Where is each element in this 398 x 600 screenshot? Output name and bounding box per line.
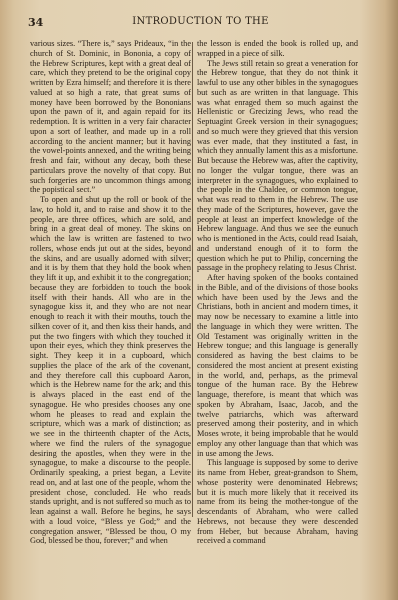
- right-column: the lesson is ended the book is rolled u…: [197, 39, 358, 546]
- paragraph: the lesson is ended the book is rolled u…: [197, 39, 358, 59]
- paragraph: After having spoken of the books contain…: [197, 273, 358, 458]
- paragraph: various sizes. “There is,” says Prideaux…: [30, 39, 191, 195]
- column-divider: [192, 42, 193, 517]
- paragraph: The Jews still retain so great a venerat…: [197, 59, 358, 274]
- left-column: various sizes. “There is,” says Prideaux…: [30, 39, 191, 546]
- paragraph: This language is supposed by some to der…: [197, 458, 358, 546]
- paragraph: To open and shut up the roll or book of …: [30, 195, 191, 546]
- running-title: INTRODUCTION TO THE: [28, 16, 373, 27]
- page-header: 34 INTRODUCTION TO THE: [28, 16, 373, 30]
